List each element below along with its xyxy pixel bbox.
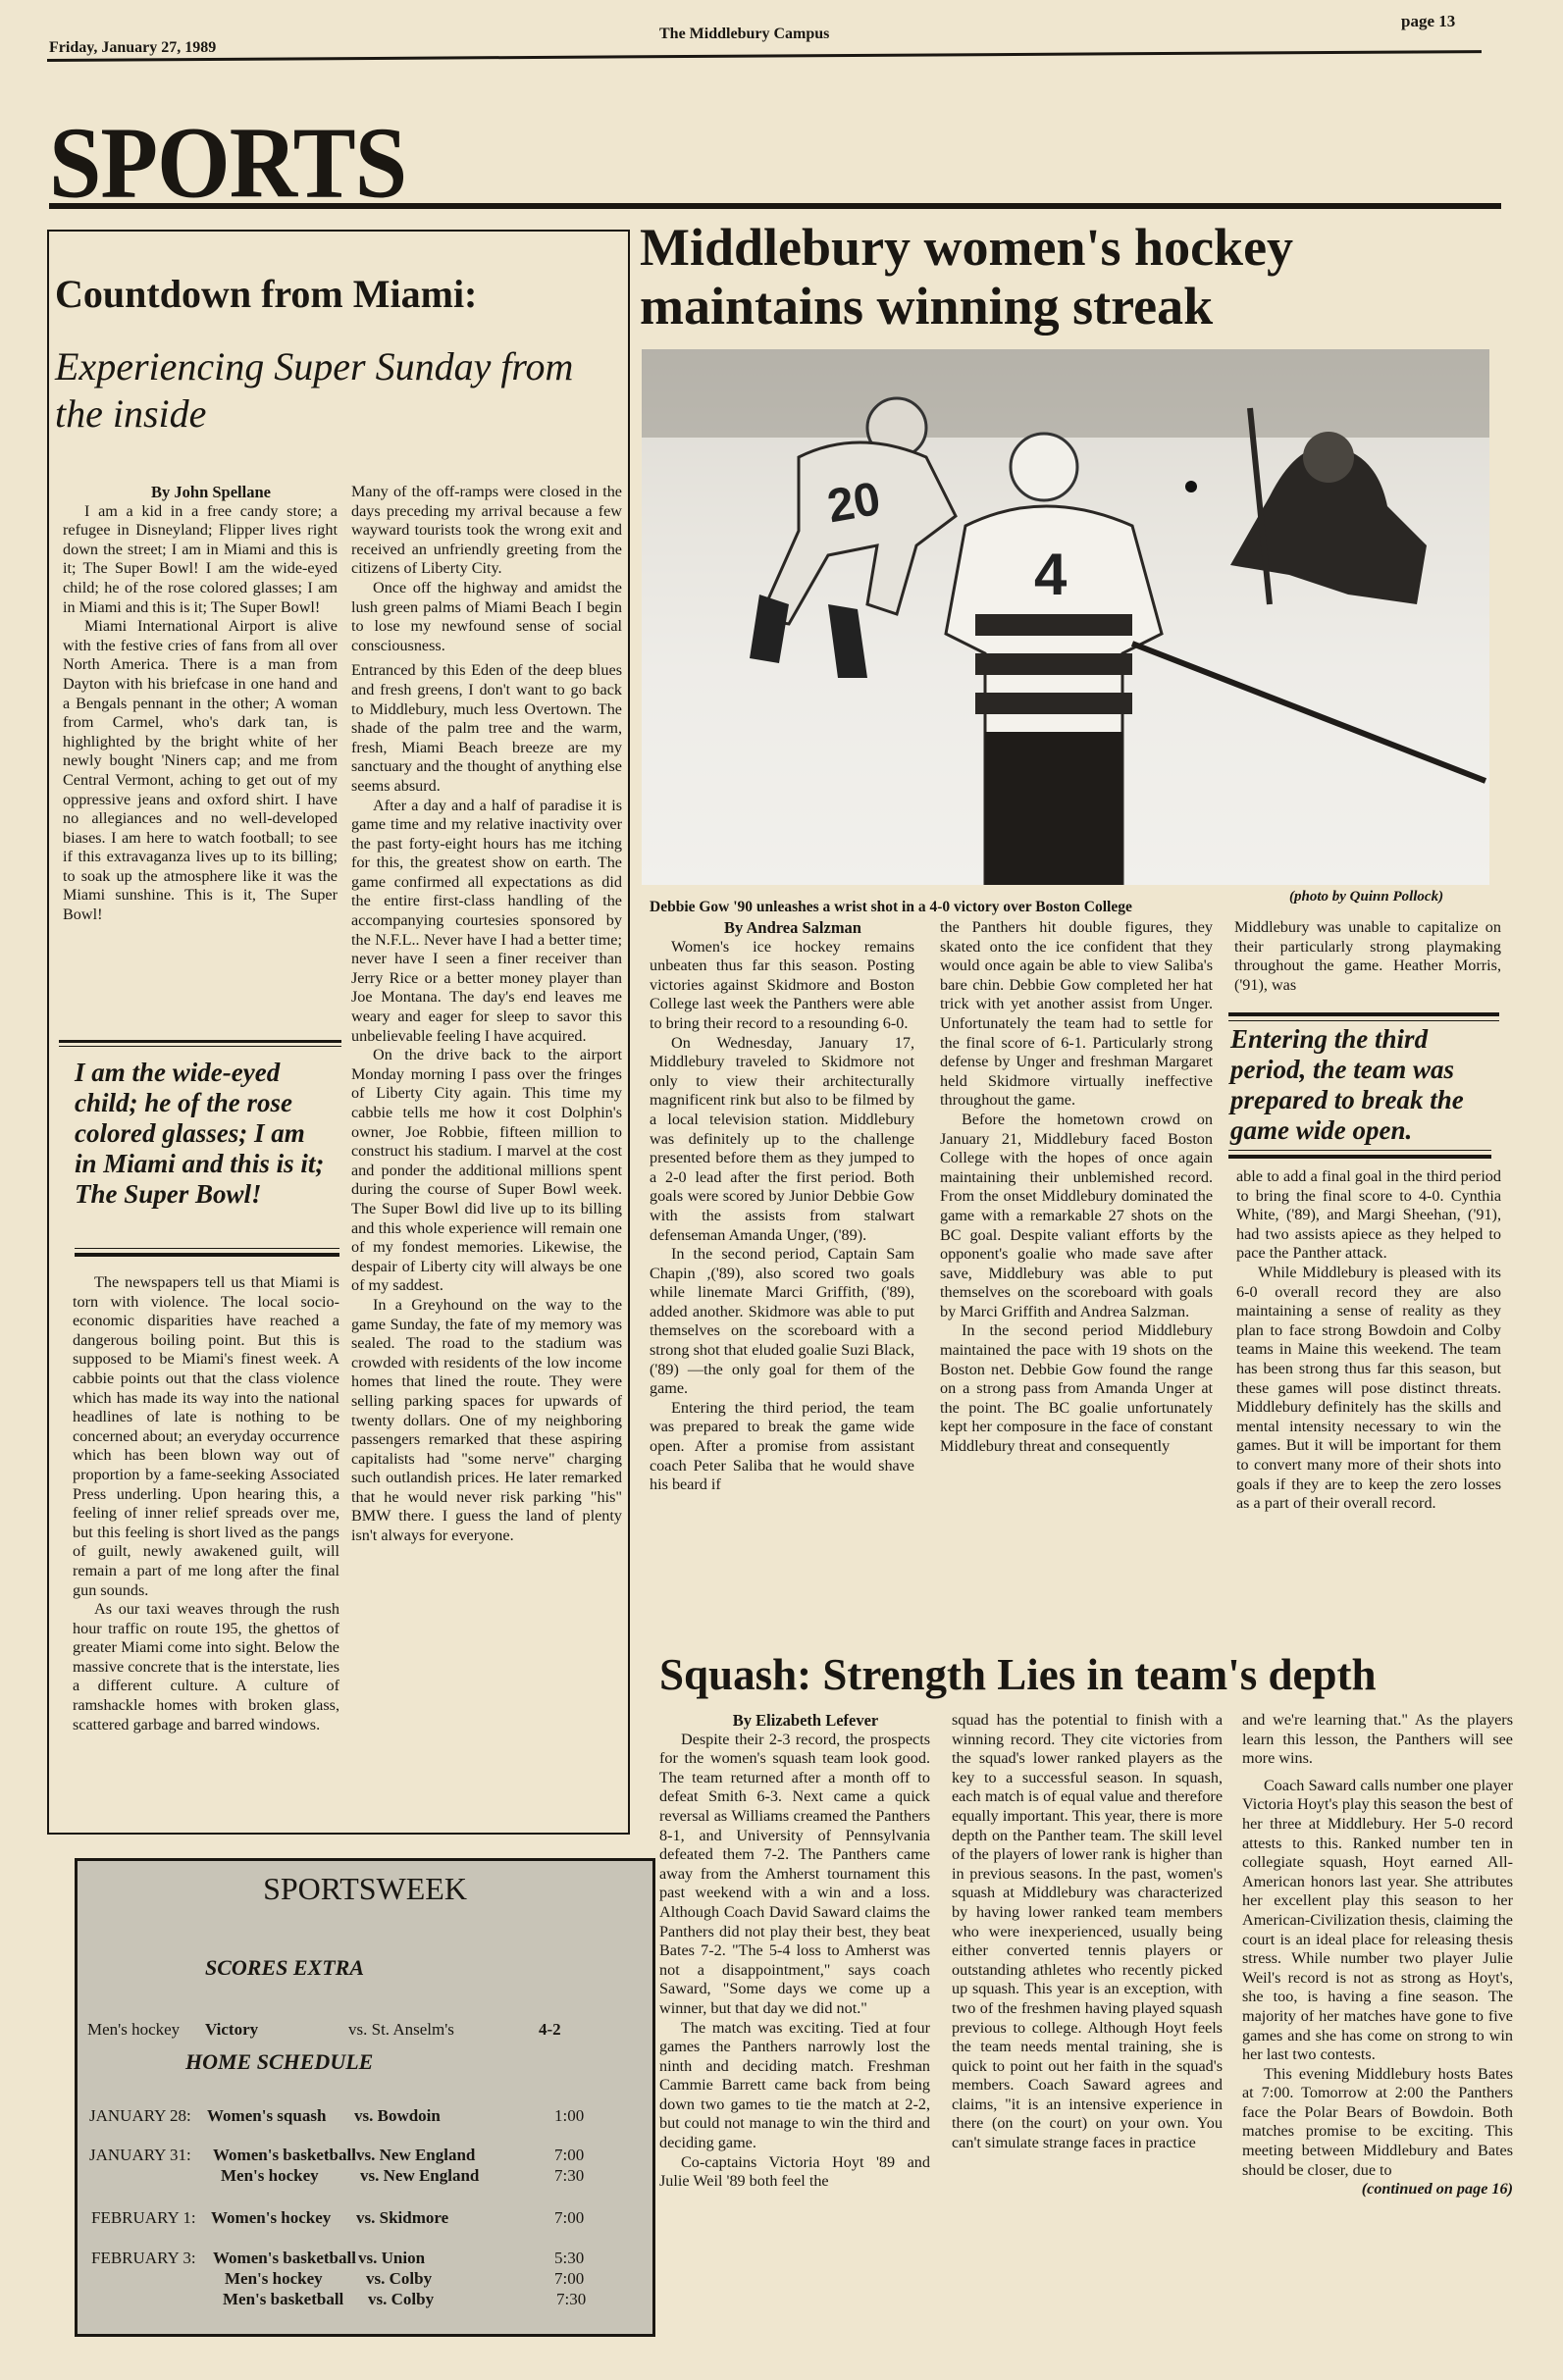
home-schedule-heading: HOME SCHEDULE (185, 2049, 373, 2075)
hockey-pull-rule-top-thin (1228, 1020, 1499, 1021)
schedule-team: Men's hockey (225, 2269, 323, 2289)
squash-column-2: squad has the potential to finish with a… (952, 1711, 1223, 2153)
schedule-time: 1:00 (554, 2106, 584, 2126)
pull-quote-rule-bottom (75, 1253, 339, 1257)
paragraph: In the second period Middlebury maintain… (940, 1321, 1213, 1456)
continued-link[interactable]: (continued on page 16) (1242, 2180, 1513, 2199)
schedule-date: FEBRUARY 3: (91, 2249, 196, 2268)
squash-headline: Squash: Strength Lies in team's depth (659, 1650, 1377, 1699)
paragraph: Before the hometown crowd on January 21,… (940, 1111, 1213, 1322)
schedule-date: JANUARY 28: (89, 2106, 191, 2126)
schedule-team: Men's hockey (221, 2166, 319, 2186)
schedule-opponent: vs. New England (360, 2166, 479, 2186)
squash-column-1: By Elizabeth Lefever Despite their 2-3 r… (659, 1711, 930, 2192)
schedule-opponent: vs. New England (356, 2146, 475, 2165)
paragraph: In a Greyhound on the way to the game Su… (351, 1296, 622, 1546)
schedule-date: FEBRUARY 1: (91, 2208, 196, 2228)
paragraph: As our taxi weaves through the rush hour… (73, 1600, 339, 1734)
miami-headline: Countdown from Miami: (55, 273, 477, 316)
miami-byline: By John Spellane (63, 483, 338, 502)
section-title: SPORTS (49, 110, 406, 216)
paragraph: On Wednesday, January 17, Middlebury tra… (650, 1034, 914, 1246)
hockey-pull-rule-top (1228, 1012, 1499, 1016)
paragraph: the Panthers hit double figures, they sk… (940, 918, 1213, 1111)
schedule-time: 7:00 (554, 2269, 584, 2289)
hockey-photo-illustration: 20 4 (642, 349, 1489, 885)
hockey-column-3-bottom: able to add a final goal in the third pe… (1236, 1167, 1501, 1514)
score-team: Men's hockey (87, 2020, 180, 2040)
paragraph: This evening Middlebury hosts Bates at 7… (1242, 2065, 1513, 2181)
miami-column-2: Many of the off-ramps were closed in the… (351, 483, 622, 1546)
schedule-team: Women's basketball (213, 2249, 356, 2268)
miami-subhead: Experiencing Super Sunday from the insid… (55, 343, 624, 438)
schedule-opponent: vs. Colby (366, 2269, 432, 2289)
schedule-time: 7:30 (556, 2290, 586, 2309)
paragraph: Entering the third period, the team was … (650, 1399, 914, 1495)
squash-column-3: and we're learning that." As the players… (1242, 1711, 1513, 2199)
schedule-team: Women's squash (207, 2106, 326, 2126)
hockey-photo: 20 4 (642, 349, 1489, 885)
paragraph: Miami International Airport is alive wit… (63, 617, 338, 925)
score-value: 4-2 (539, 2020, 561, 2040)
paragraph: The match was exciting. Tied at four gam… (659, 2019, 930, 2153)
section-rule (49, 203, 1501, 209)
sportsweek-box: SPORTSWEEK SCORES EXTRA Men's hockey Vic… (75, 1858, 655, 2337)
pull-quote-rule-top (59, 1040, 341, 1043)
pull-quote-rule-bottom-thin (75, 1248, 339, 1249)
hockey-column-1: By Andrea Salzman Women's ice hockey rem… (650, 918, 914, 1495)
sportsweek-title: SPORTSWEEK (78, 1871, 652, 1907)
masthead-page-number: page 13 (1401, 12, 1455, 31)
miami-column-1-lower: The newspapers tell us that Miami is tor… (73, 1273, 339, 1734)
masthead-date: Friday, January 27, 1989 (49, 39, 216, 57)
schedule-time: 7:30 (554, 2166, 584, 2186)
squash-byline: By Elizabeth Lefever (659, 1711, 930, 1731)
hockey-column-3-top: Middlebury was unable to capitalize on t… (1234, 918, 1501, 995)
schedule-team: Women's basketball (213, 2146, 356, 2165)
paragraph: Middlebury was unable to capitalize on t… (1234, 918, 1501, 995)
scores-extra-heading: SCORES EXTRA (205, 1955, 364, 1981)
schedule-team: Men's basketball (223, 2290, 343, 2309)
photo-credit: (photo by Quinn Pollock) (1289, 889, 1443, 905)
hockey-pull-rule-bottom-thin (1228, 1150, 1491, 1151)
hockey-pull-quote: Entering the third period, the team was … (1230, 1024, 1497, 1146)
svg-text:20: 20 (823, 473, 884, 533)
score-result: Victory (205, 2020, 258, 2040)
schedule-opponent: vs. Colby (368, 2290, 434, 2309)
schedule-time: 7:00 (554, 2146, 584, 2165)
schedule-date: JANUARY 31: (89, 2146, 191, 2165)
paragraph: The newspapers tell us that Miami is tor… (73, 1273, 339, 1600)
paragraph: and we're learning that." As the players… (1242, 1711, 1513, 1769)
miami-pull-quote: I am the wide-eyed child; he of the rose… (75, 1058, 325, 1210)
hockey-byline: By Andrea Salzman (650, 918, 914, 938)
schedule-team: Women's hockey (211, 2208, 331, 2228)
paragraph: Entranced by this Eden of the deep blues… (351, 661, 622, 796)
schedule-opponent: vs. Union (358, 2249, 425, 2268)
paragraph: I am a kid in a free candy store; a refu… (63, 502, 338, 618)
score-opponent: vs. St. Anselm's (348, 2020, 454, 2040)
photo-caption: Debbie Gow '90 unleashes a wrist shot in… (650, 899, 1132, 916)
miami-column-1: By John Spellane I am a kid in a free ca… (63, 483, 338, 925)
schedule-opponent: vs. Skidmore (356, 2208, 448, 2228)
paragraph: Co-captains Victoria Hoyt '89 and Julie … (659, 2153, 930, 2192)
paragraph: squad has the potential to finish with a… (952, 1711, 1223, 2153)
paragraph: Coach Saward calls number one player Vic… (1242, 1777, 1513, 2065)
paragraph: After a day and a half of paradise it is… (351, 797, 622, 1047)
paragraph: Women's ice hockey remains unbeaten thus… (650, 938, 914, 1034)
schedule-time: 5:30 (554, 2249, 584, 2268)
schedule-time: 7:00 (554, 2208, 584, 2228)
paragraph: able to add a final goal in the third pe… (1236, 1167, 1501, 1264)
pull-quote-rule-top-thin (59, 1046, 341, 1047)
paragraph: While Middlebury is pleased with its 6-0… (1236, 1264, 1501, 1514)
masthead-rule (47, 50, 1482, 62)
paragraph: On the drive back to the airport Monday … (351, 1046, 622, 1296)
paragraph: Once off the highway and amidst the lush… (351, 579, 622, 655)
svg-text:4: 4 (1034, 542, 1068, 607)
hockey-pull-rule-bottom (1228, 1155, 1491, 1159)
hockey-column-2: the Panthers hit double figures, they sk… (940, 918, 1213, 1457)
paragraph: Despite their 2-3 record, the prospects … (659, 1731, 930, 2019)
schedule-opponent: vs. Bowdoin (354, 2106, 441, 2126)
masthead-paper-name: The Middlebury Campus (659, 26, 829, 43)
paragraph: In the second period, Captain Sam Chapin… (650, 1245, 914, 1399)
paragraph: Many of the off-ramps were closed in the… (351, 483, 622, 579)
hockey-headline: Middlebury women's hockey maintains winn… (640, 218, 1503, 336)
